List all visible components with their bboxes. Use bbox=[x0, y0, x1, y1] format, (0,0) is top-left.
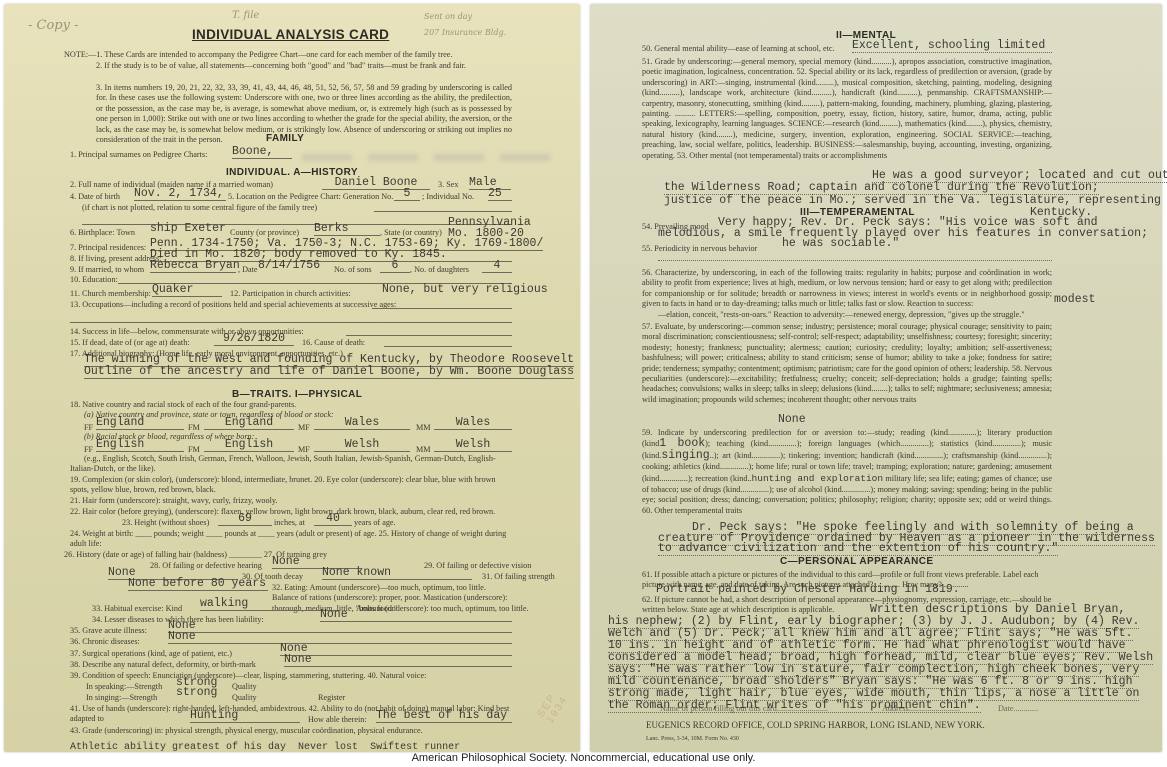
q4-birth-date: Nov. 2, 1734, bbox=[134, 188, 226, 201]
q11-label: 11. Church membership: bbox=[70, 289, 151, 299]
q59-text: 59. Indicate by underscoring predilectio… bbox=[642, 428, 1052, 516]
q5-individual: 25 bbox=[488, 188, 512, 201]
q13-line bbox=[372, 308, 512, 309]
q42-kind: Hunting bbox=[190, 710, 300, 723]
q10-label: 10. Education: bbox=[70, 275, 118, 285]
traits-heading: B—TRAITS. I—PHYSICAL bbox=[232, 389, 362, 400]
q51-53-text: 51. Grade by underscoring:—general memor… bbox=[642, 57, 1052, 161]
q15-label: 15. If dead, date of (or age at) death: bbox=[70, 338, 190, 348]
q13-label: 13. Occupations—including a record of po… bbox=[70, 300, 396, 310]
q33-label: 33. Habitual exercise: Kind bbox=[92, 604, 182, 614]
q23-age-label: years of age. bbox=[354, 518, 396, 528]
q16-label: 16. Cause of death: bbox=[302, 338, 365, 348]
speaking-quality-label: Quality bbox=[232, 682, 257, 692]
q6-county: Berks bbox=[314, 223, 380, 236]
q59-recreation: hunting and exploration bbox=[752, 473, 884, 484]
note-1: NOTE:—1. These Cards are intended to acc… bbox=[64, 50, 512, 60]
q5-label: 5. Location on the Pedigree Chart: Gener… bbox=[228, 192, 393, 202]
q4-label: 4. Date of birth bbox=[70, 192, 120, 202]
q19-20: 19. Complexion (or skin color), (undersc… bbox=[70, 475, 512, 496]
q9-daughters: 4 bbox=[482, 260, 512, 273]
q3-label: 3. Sex bbox=[438, 180, 458, 190]
appearance-heading: C—PERSONAL APPEARANCE bbox=[780, 556, 933, 567]
q59-music: singing bbox=[661, 449, 709, 462]
q18-label: 18. Native country and racial stock of e… bbox=[70, 400, 296, 410]
q18b-mf: Welsh bbox=[314, 439, 410, 452]
q5-note-line bbox=[374, 211, 512, 212]
q49-runner: Swiftest runner bbox=[370, 742, 460, 752]
q57-58-text: 57. Evaluate, by underscoring:—common se… bbox=[642, 322, 1052, 405]
q18a-ff: England bbox=[96, 417, 184, 430]
q9-spouse: Rebecca Bryan bbox=[150, 260, 236, 273]
singing-register-label: Register bbox=[318, 693, 345, 703]
q18a-mm: Wales bbox=[434, 417, 512, 430]
q18b-ff: English bbox=[96, 439, 184, 452]
q33-exercise: walking bbox=[200, 598, 340, 611]
q24-25: 24. Weight at birth: ____ pounds; weight… bbox=[70, 529, 512, 550]
q42-able: The best of his day bbox=[376, 710, 512, 723]
card-title: INDIVIDUAL ANALYSIS CARD bbox=[192, 27, 389, 42]
q23-inches-label: inches, at bbox=[274, 518, 305, 528]
q35-label: 35. Grave acute illness: bbox=[70, 626, 147, 636]
q15-death-date: 9/26/1820 bbox=[214, 333, 294, 346]
left-card-page: - Copy - T. file Sent on day 207 Insuran… bbox=[4, 4, 580, 752]
q16-line bbox=[384, 346, 512, 347]
q9-date: 8/14/1756 bbox=[258, 260, 320, 272]
filler-date: Date............ bbox=[998, 704, 1038, 714]
q38-label: 38. Describe any natural defect, deformi… bbox=[70, 660, 256, 670]
q18b-mm: Welsh bbox=[434, 439, 512, 452]
q9-sons: 6 bbox=[380, 260, 410, 273]
q43: 43. Grade (underscoring) in: physical st… bbox=[70, 726, 512, 736]
copyright-footer: American Philosophical Society. Noncomme… bbox=[0, 752, 1167, 764]
q17-biography-2: Outline of the ancestry and life of Dani… bbox=[84, 366, 574, 379]
family-heading: FAMILY bbox=[266, 133, 304, 144]
q55-line bbox=[658, 260, 1052, 261]
q22: 22. Hair color (before greying), (unders… bbox=[70, 507, 512, 517]
q50-mental-ability: Excellent, schooling limited bbox=[852, 40, 1052, 53]
q1-label: 1. Principal surnames on Pedigree Charts… bbox=[70, 150, 207, 160]
address-annotation-1: Sent on day bbox=[424, 12, 472, 21]
q9-sons-label: No. of sons bbox=[334, 265, 372, 275]
filler-address: Address......................... bbox=[882, 704, 960, 714]
q60-line-3: to advance civilization and the extentio… bbox=[658, 543, 1058, 556]
address-annotation-2: 207 Insurance Bldg. bbox=[424, 28, 506, 37]
right-card-page: II—MENTAL 50. General mental ability—eas… bbox=[590, 4, 1162, 752]
q31-strength: None before 80 years bbox=[128, 578, 268, 591]
q18a-mf-label: MF bbox=[298, 423, 310, 433]
q56-adversity: —elation, conceit, "rests-on-oars." Reac… bbox=[658, 310, 1025, 320]
q18-examples: (e.g., English, Scotch, South Irish, Ger… bbox=[70, 454, 512, 475]
q54-line-3: he was sociable." bbox=[782, 238, 899, 250]
q8-label: 8. If living, present address: bbox=[70, 254, 161, 264]
q50-label: 50. General mental ability—ease of learn… bbox=[642, 44, 835, 54]
q7-label: 7. Principal residences: bbox=[70, 243, 146, 253]
q44-49-overflow: Athletic ability greatest of his day Nev… bbox=[70, 736, 512, 752]
q23-age: 40 bbox=[314, 513, 352, 526]
q45-athletic: Athletic ability greatest of his day bbox=[70, 742, 286, 752]
singing-label: In singing:—Strength bbox=[86, 693, 157, 703]
q1-surname: Boone, bbox=[232, 146, 292, 159]
q5-generation: 5 bbox=[394, 188, 420, 201]
q6-town: ship Exeter bbox=[150, 223, 226, 235]
q39-40: 39. Condition of speech: Enunciation (un… bbox=[70, 671, 512, 681]
file-annotation: T. file bbox=[232, 10, 259, 21]
singing-quality-label: Quality bbox=[232, 693, 257, 703]
copy-annotation: - Copy - bbox=[28, 18, 79, 33]
press-info: Lanc. Press, 3-34, 10M. Form No. 430 bbox=[646, 734, 739, 744]
q55-label: 55. Periodicity in nervous behavior bbox=[642, 244, 757, 254]
q14-line bbox=[346, 335, 512, 336]
q58-nervous-traits: None bbox=[778, 414, 806, 426]
speaking-label: In speaking:—Strength bbox=[86, 682, 162, 692]
q18a-mm-label: MM bbox=[416, 423, 431, 433]
q37-label: 37. Surgical operations (kind, age of pa… bbox=[70, 649, 232, 659]
q12-participation: None, but very religious bbox=[382, 284, 548, 296]
q9-daughters-label: , No. of daughters bbox=[410, 265, 469, 275]
q38-defect: None bbox=[284, 654, 512, 667]
note-2: 2. If the study is to be of value, all s… bbox=[96, 61, 512, 71]
q18a-mf: Wales bbox=[314, 417, 410, 430]
q21: 21. Hair form (underscore): straight, wa… bbox=[70, 496, 278, 506]
q56-success: modest bbox=[1054, 294, 1095, 306]
q31-label: 31. Of failing strength bbox=[482, 572, 555, 582]
q30-tooth-decay: None known bbox=[322, 567, 472, 580]
q13-line-2 bbox=[70, 322, 512, 323]
q12-label: 12. Participation in church activities: bbox=[230, 289, 351, 299]
filler-name: Name of person filling out this card....… bbox=[660, 704, 828, 714]
q9-label: 9. If married, to whom bbox=[70, 265, 144, 275]
q36-label: 36. Chronic diseases: bbox=[70, 637, 140, 647]
q5-individual-label: ; Individual No. bbox=[422, 192, 474, 202]
q42-able-label: How able therein: bbox=[308, 715, 367, 725]
q23-inches: 69 bbox=[218, 513, 272, 526]
date-stamp: SEP 1934 bbox=[535, 675, 578, 726]
office-address: EUGENICS RECORD OFFICE, COLD SPRING HARB… bbox=[646, 720, 985, 730]
q18a-fm: England bbox=[204, 417, 294, 430]
q56-text: 56. Characterize, by underscoring, in ea… bbox=[642, 268, 1052, 310]
redacted-surnames bbox=[294, 148, 558, 166]
q5-note: (if chart is not plotted, relation to so… bbox=[82, 203, 317, 213]
q11-church: Quaker bbox=[152, 284, 222, 297]
q47-direction: Never lost bbox=[298, 742, 358, 752]
q18b-fm: English bbox=[204, 439, 294, 452]
q6-label: 6. Birthplace: Town bbox=[70, 228, 135, 238]
q9-date-label: , Date bbox=[238, 265, 258, 275]
singing-strength: strong bbox=[176, 687, 217, 699]
q23-label: 23. Height (without shoes) bbox=[122, 518, 209, 528]
q54-line-2: melodious, a smile frequently played ove… bbox=[658, 228, 1148, 240]
